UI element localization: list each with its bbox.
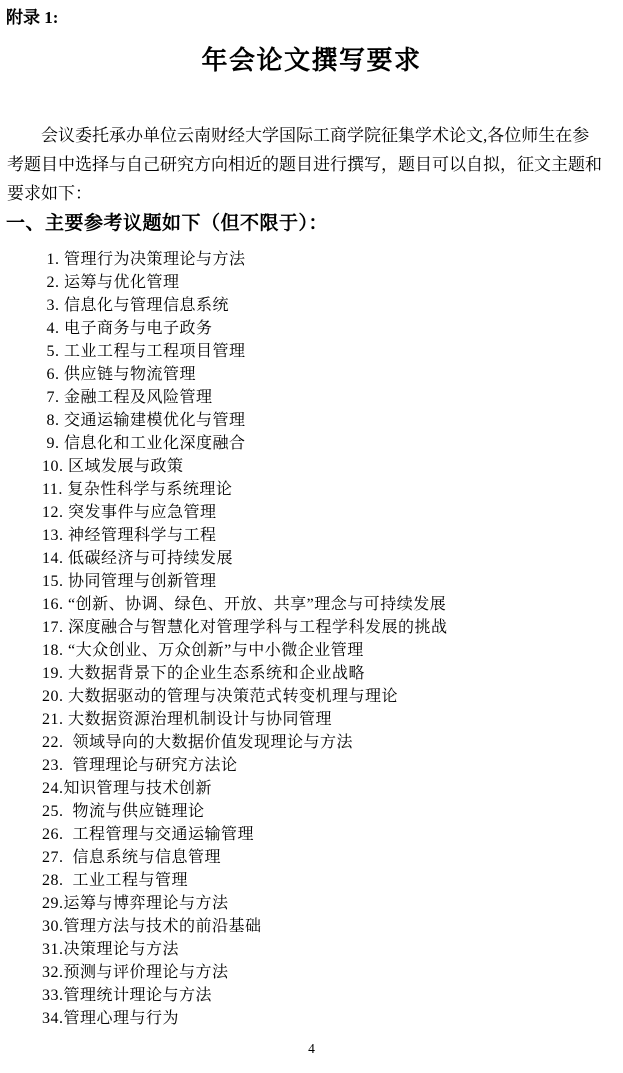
list-item: 31.决策理论与方法 — [42, 938, 623, 961]
list-item: 20. 大数据驱动的管理与决策范式转变机理与理论 — [42, 685, 623, 708]
document-page: 附录 1: 年会论文撰写要求 会议委托承办单位云南财经大学国际工商学院征集学术论… — [0, 0, 623, 1073]
list-item: 21. 大数据资源治理机制设计与协同管理 — [42, 708, 623, 731]
list-item: 28. 工业工程与管理 — [42, 869, 623, 892]
list-item: 13. 神经管理科学与工程 — [42, 524, 623, 547]
intro-paragraph: 会议委托承办单位云南财经大学国际工商学院征集学术论文,各位师生在参 考题目中选择… — [7, 121, 605, 208]
list-item: 29.运筹与博弈理论与方法 — [42, 892, 623, 915]
list-item: 11. 复杂性科学与系统理论 — [42, 478, 623, 501]
list-item: 19. 大数据背景下的企业生态系统和企业战略 — [42, 662, 623, 685]
list-item: 30.管理方法与技术的前沿基础 — [42, 915, 623, 938]
list-item: 33.管理统计理论与方法 — [42, 984, 623, 1007]
list-item: 8. 交通运输建模优化与管理 — [42, 409, 623, 432]
list-item: 9. 信息化和工业化深度融合 — [42, 432, 623, 455]
list-item: 3. 信息化与管理信息系统 — [42, 294, 623, 317]
list-item: 26. 工程管理与交通运输管理 — [42, 823, 623, 846]
list-item: 18. “大众创业、万众创新”与中小微企业管理 — [42, 639, 623, 662]
list-item: 12. 突发事件与应急管理 — [42, 501, 623, 524]
list-item: 34.管理心理与行为 — [42, 1007, 623, 1030]
list-item: 14. 低碳经济与可持续发展 — [42, 547, 623, 570]
list-item: 10. 区域发展与政策 — [42, 455, 623, 478]
list-item: 16. “创新、协调、绿色、开放、共享”理念与可持续发展 — [42, 593, 623, 616]
list-item: 5. 工业工程与工程项目管理 — [42, 340, 623, 363]
list-item: 2. 运筹与优化管理 — [42, 271, 623, 294]
list-item: 22. 领域导向的大数据价值发现理论与方法 — [42, 731, 623, 754]
list-item: 4. 电子商务与电子政务 — [42, 317, 623, 340]
list-item: 17. 深度融合与智慧化对管理学科与工程学科发展的挑战 — [42, 616, 623, 639]
list-item: 7. 金融工程及风险管理 — [42, 386, 623, 409]
list-item: 23. 管理理论与研究方法论 — [42, 754, 623, 777]
page-number: 4 — [0, 1041, 623, 1057]
list-item: 24.知识管理与技术创新 — [42, 777, 623, 800]
list-item: 27. 信息系统与信息管理 — [42, 846, 623, 869]
page-title: 年会论文撰写要求 — [0, 44, 623, 78]
list-item: 25. 物流与供应链理论 — [42, 800, 623, 823]
list-item: 6. 供应链与物流管理 — [42, 363, 623, 386]
list-item: 32.预测与评价理论与方法 — [42, 961, 623, 984]
list-item: 1. 管理行为决策理论与方法 — [42, 248, 623, 271]
section-heading: 一、主要参考议题如下（但不限于）： — [6, 211, 623, 236]
list-item: 15. 协同管理与创新管理 — [42, 570, 623, 593]
appendix-label: 附录 1: — [6, 7, 623, 29]
topic-list: 1. 管理行为决策理论与方法 2. 运筹与优化管理 3. 信息化与管理信息系统 … — [0, 248, 623, 1030]
